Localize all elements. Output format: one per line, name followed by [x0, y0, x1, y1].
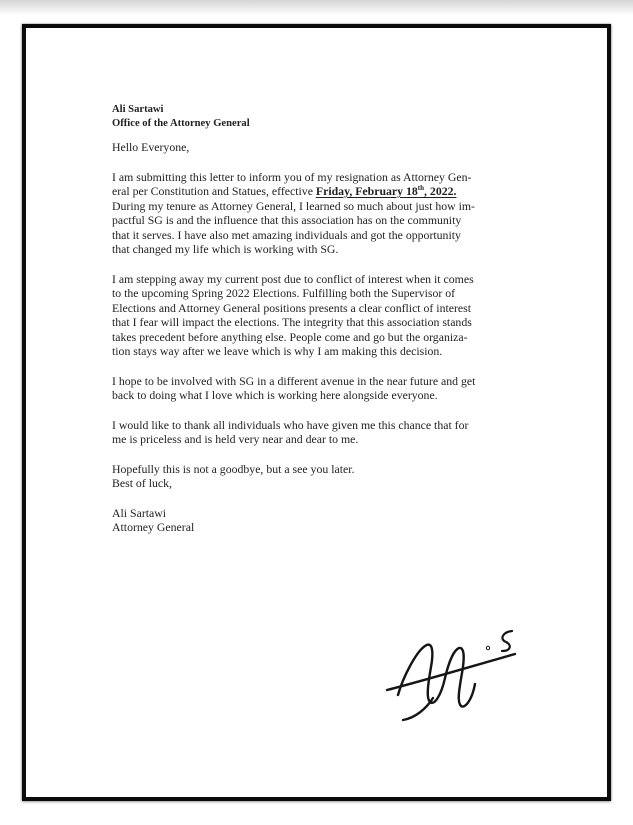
closing-name: Ali Sartawi — [112, 506, 552, 521]
text-line: Elections and Attorney General positions… — [112, 301, 552, 316]
paragraph-resignation: I am submitting this letter to inform yo… — [112, 170, 552, 257]
text-line: During my tenure as Attorney General, I … — [112, 199, 552, 214]
text-line: me is priceless and is held very near an… — [112, 432, 552, 447]
text-line: to the upcoming Spring 2022 Elections. F… — [112, 286, 552, 301]
sender-office: Office of the Attorney General — [112, 117, 552, 131]
sender-name: Ali Sartawi — [112, 103, 552, 117]
letter-page: Ali Sartawi Office of the Attorney Gener… — [22, 24, 611, 801]
letter-content: Ali Sartawi Office of the Attorney Gener… — [112, 103, 552, 535]
paragraph-farewell: Hopefully this is not a goodbye, but a s… — [112, 462, 552, 491]
text-line: Best of luck, — [112, 476, 552, 491]
text-line: Hopefully this is not a goodbye, but a s… — [112, 462, 552, 477]
text-line: tion stays way after we leave which is w… — [112, 344, 552, 359]
text-line: I hope to be involved with SG in a diffe… — [112, 374, 552, 389]
text-line: eral per Constitution and Statues, effec… — [112, 184, 552, 199]
paragraph-thanks: I would like to thank all individuals wh… — [112, 418, 552, 447]
handwritten-signature-icon — [371, 622, 521, 722]
text-line: I am stepping away my current post due t… — [112, 272, 552, 287]
text-line: takes precedent before anything else. Pe… — [112, 330, 552, 345]
date-main: Friday, February 18 — [316, 184, 418, 198]
text-line: that it serves. I have also met amazing … — [112, 228, 552, 243]
sender-block: Ali Sartawi Office of the Attorney Gener… — [112, 103, 552, 131]
text-line: pactful SG is and the influence that thi… — [112, 213, 552, 228]
text-line: that I fear will impact the elections. T… — [112, 315, 552, 330]
salutation: Hello Everyone, — [112, 140, 552, 155]
text-line: back to doing what I love which is worki… — [112, 388, 552, 403]
text-line: I would like to thank all individuals wh… — [112, 418, 552, 433]
text-segment: eral per Constitution and Statues, effec… — [112, 184, 316, 198]
scan-edge-gradient — [0, 0, 633, 15]
closing-signature-block: Ali Sartawi Attorney General — [112, 506, 552, 535]
text-line: I am submitting this letter to inform yo… — [112, 170, 552, 185]
effective-date: Friday, February 18th, 2022. — [316, 184, 457, 198]
closing-title: Attorney General — [112, 520, 552, 535]
paragraph-future-involvement: I hope to be involved with SG in a diffe… — [112, 374, 552, 403]
date-end: , 2022. — [424, 184, 456, 198]
paragraph-conflict-of-interest: I am stepping away my current post due t… — [112, 272, 552, 359]
text-line: that changed my life which is working wi… — [112, 242, 552, 257]
